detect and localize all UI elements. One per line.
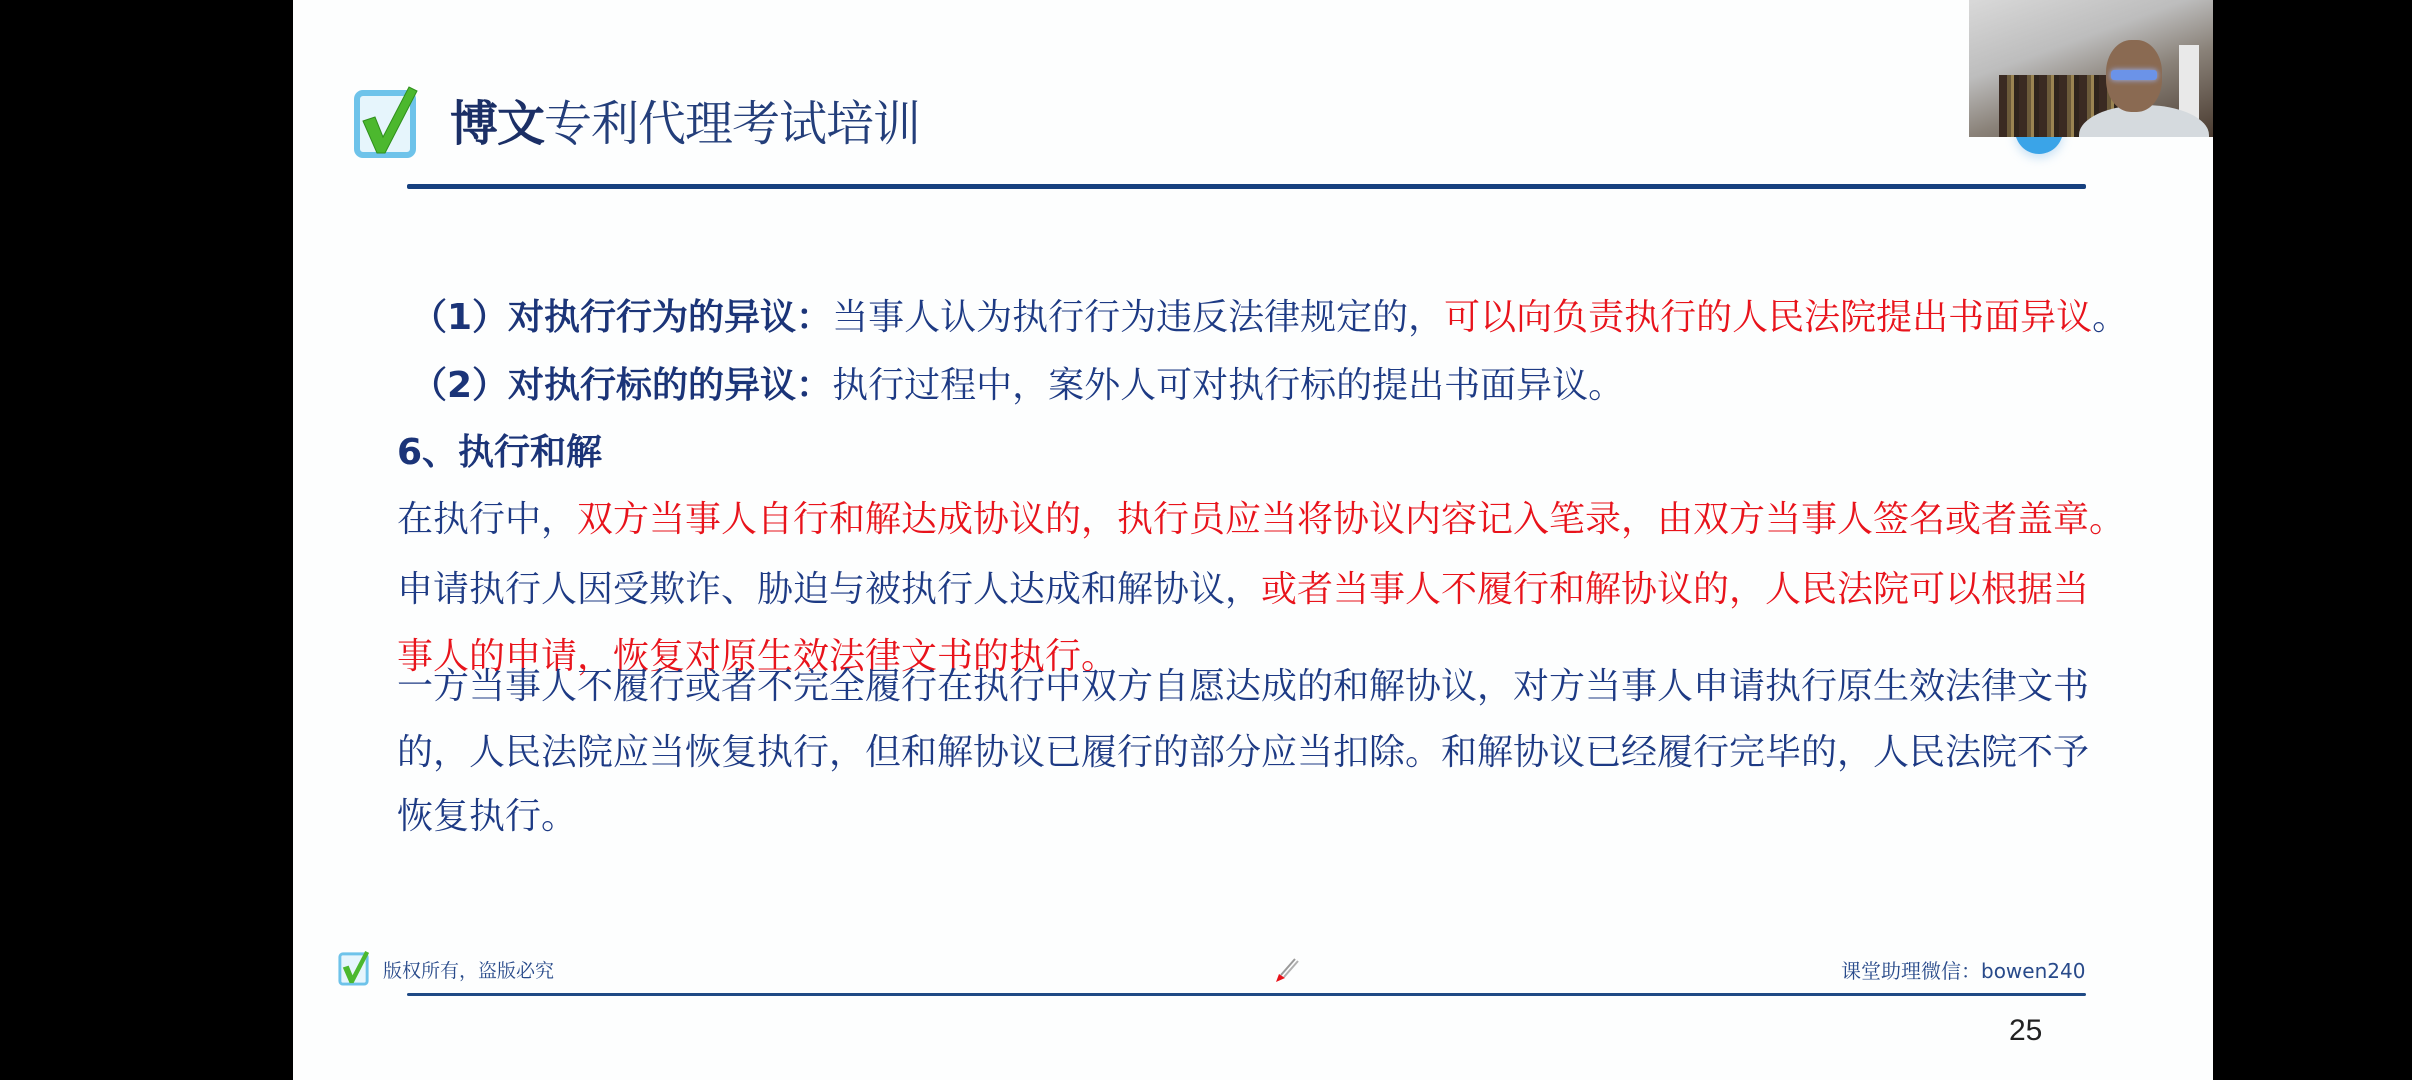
para-highlight: 或者当事人不履行和解协议的，人民法院可以根据当: [1261, 569, 2089, 610]
para-highlight: 双方当事人自行和解达成协议的，执行员应当将协议内容记入笔录，由双方当事人签名或者…: [577, 499, 2125, 540]
item-highlight: 可以向负责执行的人民法院提出书面异议: [1444, 297, 2092, 338]
paragraph-3-line-3: 恢复执行。: [397, 795, 577, 839]
objection-item-2: （2）对执行标的的异议：执行过程中，案外人可对执行标的提出书面异议。: [411, 364, 1624, 408]
assistant-contact: 课堂助理微信：bowen240: [1841, 958, 2085, 984]
paragraph-2-line-1: 申请执行人因受欺诈、胁迫与被执行人达成和解协议，或者当事人不履行和解协议的，人民…: [397, 568, 2089, 612]
paragraph-3-line-1: 一方当事人不履行或者不完全履行在执行中双方自愿达成的和解协议，对方当事人申请执行…: [397, 665, 2089, 709]
section-heading: 6、执行和解: [397, 431, 602, 475]
pen-cursor-icon: [1273, 957, 1299, 983]
slide-content: （1）对执行行为的异议：当事人认为执行行为违反法律规定的，可以向负责执行的人民法…: [293, 0, 2213, 1080]
copyright-notice: 版权所有，盗版必究: [383, 958, 554, 984]
footer-divider: [407, 993, 2086, 996]
item-end: 。: [2092, 297, 2128, 338]
paragraph-3-line-2: 的，人民法院应当恢复执行，但和解协议已履行的部分应当扣除。和解协议已经履行完毕的…: [397, 731, 2089, 775]
presentation-slide: 博文专利代理考试培训 （1）对执行行为的异议：当事人认为执行行为违反法律规定的，…: [293, 0, 2213, 1080]
page-number: 25: [2009, 1013, 2042, 1049]
item-text: 执行过程中，案外人可对执行标的提出书面异议。: [832, 365, 1624, 406]
presenter-glasses: [2111, 70, 2157, 80]
objection-item-1: （1）对执行行为的异议：当事人认为执行行为违反法律规定的，可以向负责执行的人民法…: [411, 296, 2128, 340]
item-label: （2）对执行标的的异议：: [411, 365, 832, 406]
paragraph-1: 在执行中，双方当事人自行和解达成协议的，执行员应当将协议内容记入笔录，由双方当事…: [397, 498, 2125, 542]
item-label: （1）对执行行为的异议：: [411, 297, 832, 338]
presenter-webcam-video[interactable]: [1969, 0, 2213, 137]
para-text: 申请执行人因受欺诈、胁迫与被执行人达成和解协议，: [397, 569, 1261, 610]
item-text: 当事人认为执行行为违反法律规定的，: [832, 297, 1444, 338]
para-text: 在执行中，: [397, 499, 577, 540]
footer-checkbox-icon: [336, 950, 372, 986]
